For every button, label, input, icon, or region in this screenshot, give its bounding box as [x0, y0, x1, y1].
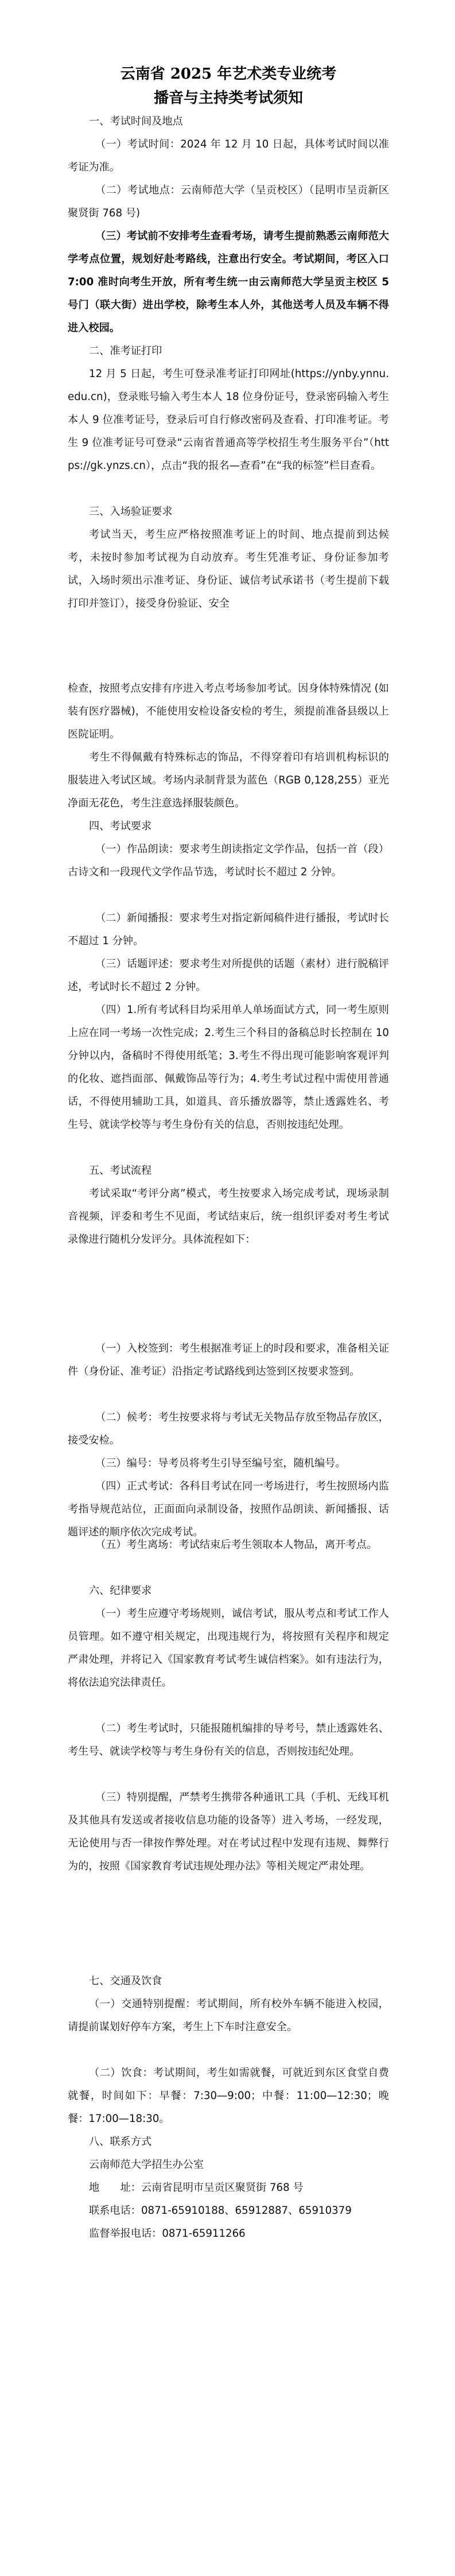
report-phone-label: 监督举报电话：: [89, 2228, 162, 2240]
traffic-paragraph: （一）交通特别提醒：考试期间，所有校外车辆不能进入校园，请提前谋划好停车方案，考…: [68, 1993, 389, 2039]
requirement-reading-paragraph: （一）作品朗读：要求考生朗读指定文学作品，包括一首（段）古诗文和一段现代文学作品…: [68, 838, 389, 884]
discipline-devices-paragraph: （三）特别提醒，严禁考生携带各种通讯工具（手机、无线耳机及其他具有发送或者接收信…: [68, 1786, 389, 1878]
phone-value[interactable]: 0871-65910188、65912887、65910379: [141, 2205, 352, 2217]
process-checkin-paragraph: （一）入校签到：考生根据准考证上的时段和要求，准备相关证件（身份证、准考证）沿指…: [68, 1337, 389, 1383]
requirement-news-paragraph: （二）新闻播报：要求考生对指定新闻稿件进行播报，考试时长不超过 1 分钟。: [68, 907, 389, 953]
section-3-heading: 三、入场验证要求: [89, 501, 173, 523]
requirement-topic-paragraph: （三）话题评述：要求考生对所提供的话题（素材）进行脱稿评述，考试时长不超过 2 …: [68, 953, 389, 999]
section-1-heading: 一、考试时间及地点: [89, 110, 183, 133]
discipline-rules-paragraph: （一）考生应遵守考场规则，诚信考试，服从考点和考试工作人员管理。如不遵守相关规定…: [68, 1603, 389, 1694]
process-numbering-paragraph: （三）编号：导考员将考生引导至编号室，随机编号。: [68, 1452, 389, 1475]
section-8-heading: 八、联系方式: [89, 2131, 151, 2154]
section-7-heading: 七、交通及饮食: [89, 1970, 162, 1993]
process-leave-paragraph: （五）考生离场：考试结束后考生领取本人物品，离开考点。: [68, 1534, 389, 1557]
document-title-line-1: 云南省 2025 年艺术类专业统考: [68, 62, 389, 83]
entry-verification-paragraph-part1: 考试当天，考生应严格按照准考证上的时间、地点提前到达候考，未按时参加考试视为自动…: [68, 523, 389, 615]
contact-report-phone: 监督举报电话：0871-65911266: [89, 2222, 246, 2245]
exam-time-paragraph: （一）考试时间：2024 年 12 月 10 日起，具体考试时间以准考证为准。: [68, 133, 389, 179]
entry-verification-paragraph-part2: 检查，按照考点安排有序进入考点考场参加考试。因身体特殊情况 (如装有医疗器械)，…: [68, 677, 389, 746]
process-intro-paragraph: 考试采取“考评分离”模式，考生按要求入场完成考试，现场录制音视频，评委和考生不见…: [68, 1182, 389, 1251]
phone-label: 联系电话：: [89, 2205, 141, 2217]
exam-entry-notice-paragraph: （三）考试前不安排考生查看考场，请考生提前熟悉云南师范大学考点位置，规划好赴考路…: [68, 225, 389, 340]
process-waiting-paragraph: （二）候考：考生按要求将与考试无关物品存放至物品存放区，接受安检。: [68, 1406, 389, 1452]
contact-address: 地 址：云南省昆明市呈贡区聚贤街 768 号: [89, 2177, 304, 2199]
section-2-heading: 二、准考证打印: [89, 340, 162, 363]
address-label: 地 址：: [89, 2182, 141, 2194]
requirement-general-paragraph: （四）1.所有考试科目均采用单人单场面试方式，同一考生原则上应在同一考场一次性完…: [68, 999, 389, 1136]
report-phone-value[interactable]: 0871-65911266: [162, 2228, 245, 2240]
contact-organization: 云南师范大学招生办公室: [89, 2154, 204, 2177]
address-value: 云南省昆明市呈贡区聚贤街 768 号: [141, 2182, 304, 2194]
contact-phone: 联系电话：0871-65910188、65912887、65910379: [89, 2199, 352, 2222]
document-title-line-2: 播音与主持类考试须知: [68, 86, 389, 107]
section-6-heading: 六、纪律要求: [89, 1580, 151, 1603]
section-4-heading: 四、考试要求: [89, 815, 151, 838]
dress-code-paragraph: 考生不得佩戴有特殊标志的饰品，不得穿着印有培训机构标识的服装进入考试区域。考场内…: [68, 746, 389, 815]
admission-ticket-paragraph: 12 月 5 日起，考生可登录准考证打印网址(https://ynby.ynnu…: [68, 363, 389, 478]
exam-location-paragraph: （二）考试地点：云南师范大学（呈贡校区）（昆明市呈贡新区聚贤街 768 号): [68, 179, 389, 225]
dining-paragraph: （二）饮食：考试期间，考生如需就餐，可就近到东区食堂自费就餐，时间如下：早餐：7…: [68, 2062, 389, 2131]
discipline-identity-paragraph: （二）考生考试时，只能报随机编排的导考号，禁止透露姓名、考生号、就读学校等与考生…: [68, 1717, 389, 1763]
section-5-heading: 五、考试流程: [89, 1159, 151, 1182]
